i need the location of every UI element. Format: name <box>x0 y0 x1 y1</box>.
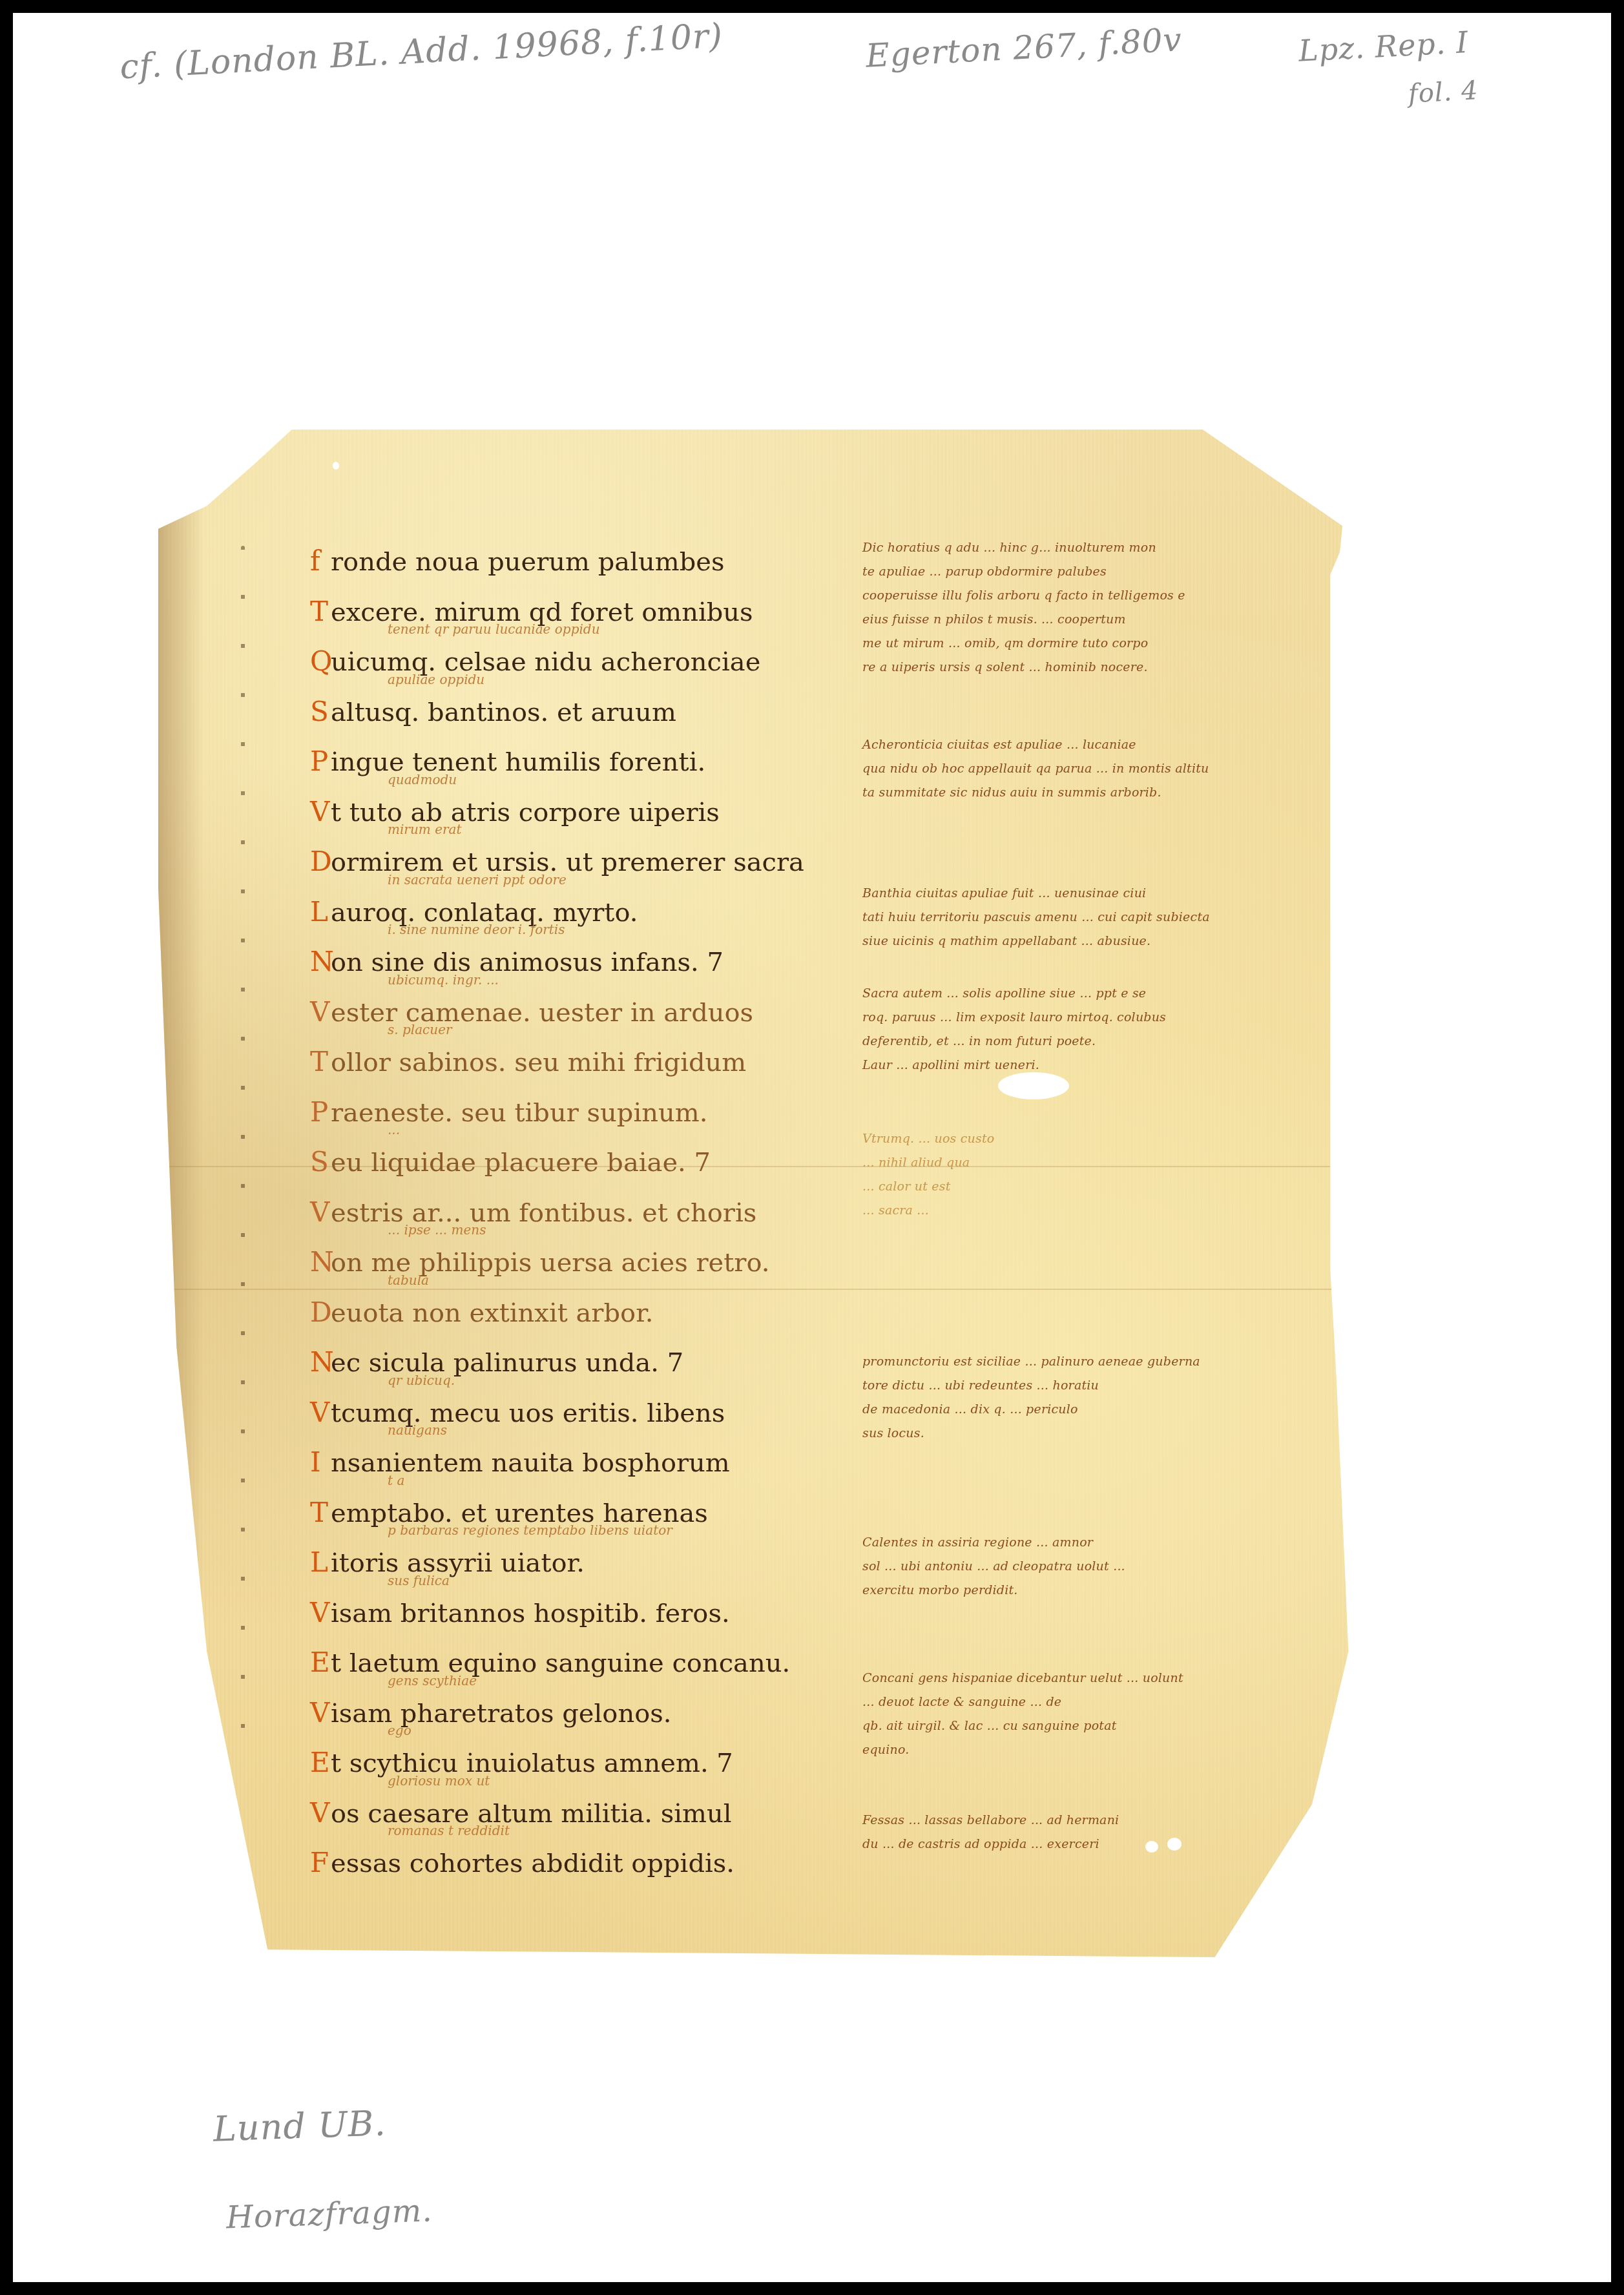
library-note: Lund UB. <box>213 2103 387 2149</box>
commentary-line: tati huiu territoriu pascuis amenu ... c… <box>862 906 1276 929</box>
verse-line: Fessas cohortes abdidit oppidis.romanas … <box>310 1838 859 1888</box>
verse-line: Saltusq. bantinos. et aruumapuliae oppid… <box>310 687 859 737</box>
commentary-line: Concani gens hispaniae dicebantur uelut … <box>862 1667 1276 1690</box>
interlinear-gloss: ubicumq. ingr. ... <box>388 973 499 987</box>
commentary-line: sol ... ubi antoniu ... ad cleopatra uol… <box>862 1555 1276 1579</box>
commentary-block: Banthia ciuitas apuliae fuit ... uenusin… <box>862 882 1276 953</box>
rubricated-initial: E <box>310 1738 331 1788</box>
verse-line: Seu liquidae placuere baiae. 7... <box>310 1137 859 1187</box>
interlinear-gloss: ... ipse ... mens <box>388 1223 486 1237</box>
interlinear-gloss: romanas t reddidit <box>388 1823 510 1838</box>
rubricated-initial: V <box>310 987 331 1037</box>
rubricated-initial: V <box>310 787 331 837</box>
commentary-line: cooperuisse illu folis arboru q facto in… <box>862 584 1276 608</box>
commentary-line: Banthia ciuitas apuliae fuit ... uenusin… <box>862 882 1276 906</box>
commentary-line: Acheronticia ciuitas est apuliae ... luc… <box>862 733 1276 757</box>
commentary-line: re a uiperis ursis q solent ... hominib … <box>862 656 1276 680</box>
commentary-block: Vtrumq. ... uos custo... nihil aliud qua… <box>862 1127 1276 1223</box>
verse-text: ec sicula palinurus unda. 7 <box>331 1348 683 1378</box>
interlinear-gloss: nauigans <box>388 1423 447 1437</box>
commentary-line: me ut mirum ... omib, qm dormire tuto co… <box>862 632 1276 656</box>
rubricated-initial: N <box>310 1237 331 1287</box>
worm-hole <box>333 462 339 470</box>
rubricated-initial: T <box>310 1488 331 1538</box>
interlinear-gloss: tenent qr paruu lucaniae oppidu <box>388 622 600 636</box>
verse-column: fronde noua puerum palumbesTexcere. miru… <box>310 536 859 1888</box>
commentary-block: Sacra autem ... solis apolline siue ... … <box>862 982 1276 1077</box>
commentary-line: exercitu morbo perdidit. <box>862 1579 1276 1603</box>
commentary-block: Fessas ... lassas bellabore ... ad herma… <box>862 1809 1276 1856</box>
commentary-block: promunctoriu est siciliae ... palinuro a… <box>862 1350 1276 1446</box>
interlinear-gloss: t a <box>388 1473 404 1488</box>
commentary-line: deferentib, et ... in nom futuri poete. <box>862 1030 1276 1054</box>
commentary-line: de macedonia ... dix q. ... periculo <box>862 1398 1276 1422</box>
rubricated-initial: N <box>310 937 331 987</box>
commentary-line: ta summitate sic nidus auiu in summis ar… <box>862 781 1276 805</box>
interlinear-gloss: apuliae oppidu <box>388 672 484 687</box>
scan-sheet: cf. (London BL. Add. 19968, f.10r) Egert… <box>13 13 1611 2282</box>
shelfmark-note-center: Egerton 267, f.80v <box>865 21 1183 75</box>
commentary-line: promunctoriu est siciliae ... palinuro a… <box>862 1350 1276 1374</box>
interlinear-gloss: ... <box>388 1123 400 1137</box>
commentary-line: sus locus. <box>862 1422 1276 1446</box>
rubricated-initial: S <box>310 687 331 737</box>
rubricated-initial: V <box>310 1588 331 1638</box>
rubricated-initial: N <box>310 1337 331 1387</box>
commentary-line: qb. ait uirgil. & lac ... cu sanguine po… <box>862 1714 1276 1738</box>
interlinear-gloss: s. placuer <box>388 1023 452 1037</box>
fragment-note: Horazfragm. <box>225 2192 433 2236</box>
verse-text: ronde noua puerum palumbes <box>331 547 724 577</box>
commentary-line: equino. <box>862 1738 1276 1762</box>
rubricated-initial: L <box>310 1537 331 1588</box>
commentary-line: qua nidu ob hoc appellauit qa parua ... … <box>862 757 1276 781</box>
rubricated-initial: P <box>310 1087 331 1137</box>
rubricated-initial: T <box>310 587 331 637</box>
commentary-block: Dic horatius q adu ... hinc g... inuoltu… <box>862 536 1276 680</box>
verse-text: isam britannos hospitib. feros. <box>331 1599 730 1628</box>
rubricated-initial: T <box>310 1037 331 1087</box>
interlinear-gloss: ego <box>388 1723 411 1738</box>
rubricated-initial: P <box>310 736 331 787</box>
commentary-line: Laur ... apollini mirt ueneri. <box>862 1054 1276 1077</box>
commentary-line: tore dictu ... ubi redeuntes ... horatiu <box>862 1374 1276 1398</box>
rubricated-initial: V <box>310 1688 331 1738</box>
commentary-block: Acheronticia ciuitas est apuliae ... luc… <box>862 733 1276 805</box>
interlinear-gloss: quadmodu <box>388 773 457 787</box>
verse-text: isam pharetratos gelonos. <box>331 1699 672 1729</box>
shelfmark-note-right: Lpz. Rep. I <box>1298 25 1470 68</box>
commentary-line: ... deuot lacte & sanguine ... de <box>862 1690 1276 1714</box>
commentary-line: Vtrumq. ... uos custo <box>862 1127 1276 1151</box>
interlinear-gloss: mirum erat <box>388 822 461 836</box>
rubricated-initial: E <box>310 1637 331 1688</box>
rubricated-initial: L <box>310 887 331 937</box>
rubricated-initial: F <box>310 1838 331 1888</box>
verse-text: euota non extinxit arbor. <box>331 1298 654 1328</box>
verse-text: eu liquidae placuere baiae. 7 <box>331 1148 711 1178</box>
commentary-line: roq. paruus ... lim exposit lauro mirtoq… <box>862 1006 1276 1030</box>
verse-line: Deuota non extinxit arbor.tabula <box>310 1287 859 1338</box>
commentary-line: ... nihil aliud qua <box>862 1151 1276 1175</box>
interlinear-gloss: gloriosu mox ut <box>388 1774 490 1788</box>
edge-stain <box>158 430 203 1957</box>
verse-line: Tollor sabinos. seu mihi frigidums. plac… <box>310 1037 859 1087</box>
rubricated-initial: S <box>310 1137 331 1187</box>
interlinear-gloss: qr ubicuq. <box>388 1373 455 1387</box>
verse-text: itoris assyrii uiator. <box>331 1548 585 1578</box>
commentary-line: eius fuisse n philos t musis. ... cooper… <box>862 608 1276 632</box>
commentary-block: Calentes in assiria regione ... amnorsol… <box>862 1531 1276 1603</box>
interlinear-gloss: gens scythiae <box>388 1674 477 1688</box>
folio-note: fol. 4 <box>1408 76 1479 109</box>
commentary-line: siue uicinis q mathim appellabant ... ab… <box>862 929 1276 953</box>
pricking-holes <box>241 546 245 1773</box>
verse-line: Visam britannos hospitib. feros.sus fuli… <box>310 1588 859 1638</box>
commentary-line: te apuliae ... parup obdormire palubes <box>862 560 1276 584</box>
commentary-line: Fessas ... lassas bellabore ... ad herma… <box>862 1809 1276 1833</box>
verse-line: fronde noua puerum palumbes <box>310 536 859 587</box>
rubricated-initial: V <box>310 1387 331 1438</box>
commentary-line: Calentes in assiria regione ... amnor <box>862 1531 1276 1555</box>
rubricated-initial: V <box>310 1187 331 1238</box>
commentary-line: ... calor ut est <box>862 1175 1276 1199</box>
commentary-block: Concani gens hispaniae dicebantur uelut … <box>862 1667 1276 1762</box>
rubricated-initial: V <box>310 1788 331 1838</box>
commentary-line: Dic horatius q adu ... hinc g... inuoltu… <box>862 536 1276 560</box>
rubricated-initial: f <box>310 536 331 587</box>
interlinear-gloss: p barbaras regiones temptabo libens uiat… <box>388 1523 672 1537</box>
commentary-line: du ... de castris ad oppida ... exerceri <box>862 1833 1276 1856</box>
rubricated-initial: Q <box>310 636 331 687</box>
interlinear-gloss: tabula <box>388 1273 429 1287</box>
interlinear-gloss: in sacrata ueneri ppt odore <box>388 873 567 887</box>
interlinear-gloss: sus fulica <box>388 1573 450 1588</box>
commentary-line: ... sacra ... <box>862 1199 1276 1223</box>
manuscript-fragment: fronde noua puerum palumbesTexcere. miru… <box>158 430 1373 1957</box>
shelfmark-note-left: cf. (London BL. Add. 19968, f.10r) <box>119 17 724 87</box>
rubricated-initial: I <box>310 1437 331 1488</box>
interlinear-gloss: i. sine numine deor i. fortis <box>388 922 565 937</box>
commentary-line: Sacra autem ... solis apolline siue ... … <box>862 982 1276 1006</box>
verse-text: altusq. bantinos. et aruum <box>331 698 676 727</box>
rubricated-initial: D <box>310 1287 331 1338</box>
rubricated-initial: D <box>310 836 331 887</box>
verse-text: ollor sabinos. seu mihi frigidum <box>331 1048 746 1077</box>
verse-text: essas cohortes abdidit oppidis. <box>331 1849 734 1878</box>
